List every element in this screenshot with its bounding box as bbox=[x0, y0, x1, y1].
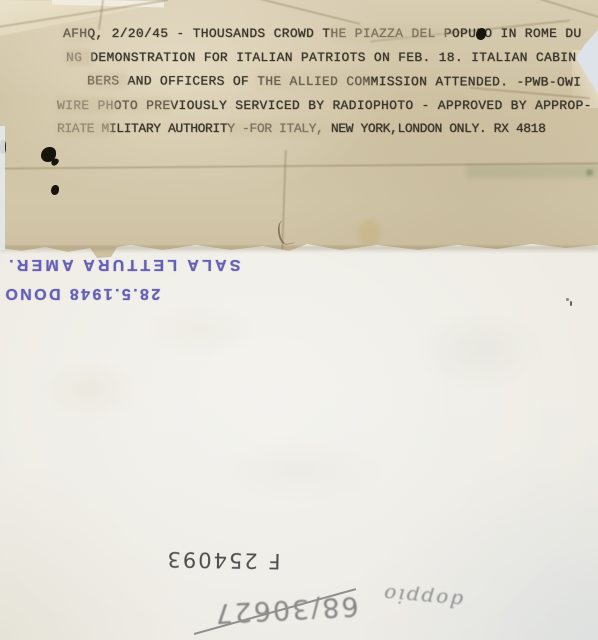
faded-ink-patch bbox=[62, 25, 92, 42]
green-smudge bbox=[466, 165, 598, 178]
faded-ink-patch bbox=[228, 120, 328, 137]
caption-line-2: NG DEMONSTRATION FOR ITALIAN PATRIOTS ON… bbox=[66, 50, 576, 65]
pencil-note-doppio: doppio bbox=[381, 583, 464, 614]
dust-speck bbox=[570, 301, 572, 306]
caption-paper-shadow bbox=[0, 246, 598, 253]
faded-ink-patch bbox=[118, 97, 173, 114]
library-stamp-institution: SALA LETTURA AMER. bbox=[6, 255, 240, 273]
green-smudge bbox=[586, 169, 593, 176]
faded-ink-patch bbox=[255, 72, 370, 89]
paper-tear-curl bbox=[276, 219, 295, 246]
ink-blot bbox=[51, 185, 59, 195]
caption-line-1: AFHQ, 2/20/45 - THOUSANDS CROWD THE PIAZ… bbox=[63, 26, 581, 41]
faded-ink-patch bbox=[86, 73, 128, 89]
faded-ink-patch bbox=[55, 120, 113, 137]
stain bbox=[357, 220, 381, 246]
dust-speck bbox=[566, 298, 569, 301]
library-stamp-date: 28.5.1948 DONO bbox=[3, 284, 160, 302]
faded-ink-patch bbox=[330, 25, 448, 42]
pencil-inventory-number: F 254093 bbox=[158, 547, 288, 573]
photo-verso: AFHQ, 2/20/45 - THOUSANDS CROWD THE PIAZ… bbox=[0, 0, 598, 640]
backing-sliver bbox=[0, 126, 5, 250]
crease-mark bbox=[224, 0, 360, 25]
caption-paper-slip: AFHQ, 2/20/45 - THOUSANDS CROWD THE PIAZ… bbox=[0, 0, 598, 260]
faded-ink-patch bbox=[55, 97, 117, 114]
faded-ink-patch bbox=[64, 49, 92, 66]
